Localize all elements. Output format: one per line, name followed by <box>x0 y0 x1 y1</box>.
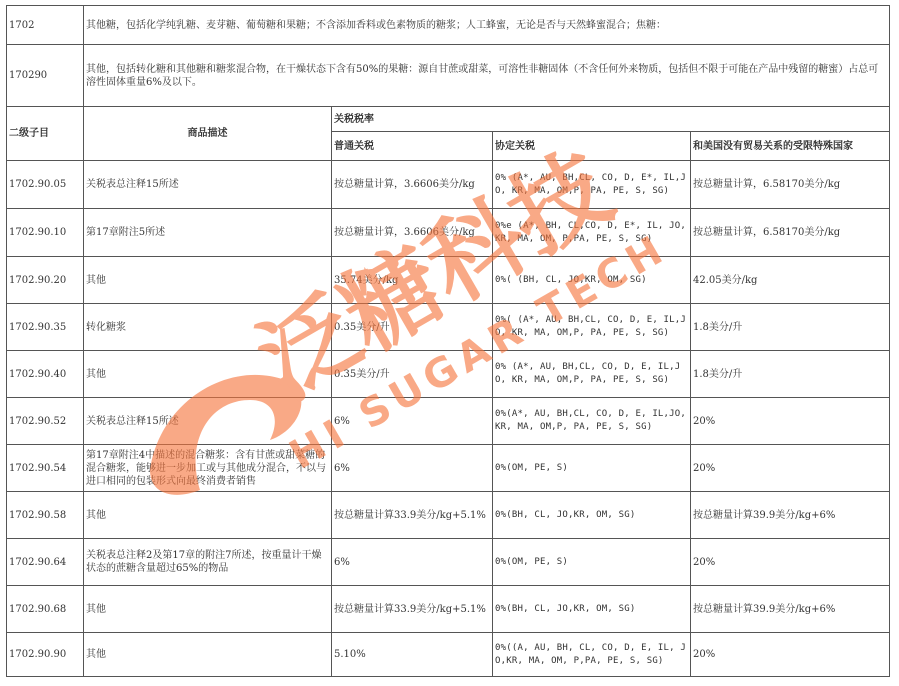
general-rate-cell: 6% <box>332 539 493 586</box>
restricted-rate-cell: 按总糖量计算39.9美分/kg+6% <box>691 492 890 539</box>
heading-row-170290: 170290 其他，包括转化糖和其他糖和糖浆混合物，在干燥状态下含有50%的果糖… <box>7 45 890 107</box>
table-row: 1702.90.10第17章附注5所述按总糖量计算，3.6606美分/kg0%e… <box>7 209 890 257</box>
description-cell: 转化糖浆 <box>84 304 332 351</box>
description-cell: 第17章附注4中描述的混合糖浆：含有甘蔗或甜菜糖的混合糖浆，能够进一步加工或与其… <box>84 445 332 492</box>
subheading-cell: 1702.90.05 <box>7 161 84 209</box>
tariff-rate-header: 关税税率 <box>332 107 890 132</box>
description-cell: 关税表总注释15所述 <box>84 398 332 445</box>
restricted-rate-cell: 按总糖量计算，6.58170美分/kg <box>691 161 890 209</box>
description-header: 商品描述 <box>84 107 332 161</box>
heading-code: 1702 <box>7 6 84 45</box>
description-cell: 关税表总注释2及第17章的附注7所述，按重量计干燥状态的蔗糖含量超过65%的物品 <box>84 539 332 586</box>
description-cell: 其他 <box>84 633 332 677</box>
subheading-cell: 1702.90.68 <box>7 586 84 633</box>
tariff-table: 1702 其他糖，包括化学纯乳糖、麦芽糖、葡萄糖和果糖；不含添加香料或色素物质的… <box>6 5 890 677</box>
general-rate-cell: 35.74美分/kg <box>332 257 493 304</box>
agreement-rate-cell: 0%(OM, PE, S) <box>493 539 691 586</box>
agreement-rate-cell: 0%( (BH, CL, JO,KR, OM, SG) <box>493 257 691 304</box>
restricted-rate-cell: 按总糖量计算39.9美分/kg+6% <box>691 586 890 633</box>
heading-description: 其他，包括转化糖和其他糖和糖浆混合物，在干燥状态下含有50%的果糖：源自甘蔗或甜… <box>84 45 890 107</box>
table-row: 1702.90.68其他按总糖量计算33.9美分/kg+5.1%0%(BH, C… <box>7 586 890 633</box>
table-row: 1702.90.35转化糖浆0.35美分/升0%( (A*, AU, BH,CL… <box>7 304 890 351</box>
description-cell: 其他 <box>84 586 332 633</box>
restricted-rate-cell: 20% <box>691 398 890 445</box>
general-rate-cell: 按总糖量计算，3.6606美分/kg <box>332 161 493 209</box>
subheading-cell: 1702.90.54 <box>7 445 84 492</box>
subheading-header: 二级子目 <box>7 107 84 161</box>
table-row: 1702.90.90其他5.10%0%((A, AU, BH, CL, CO, … <box>7 633 890 677</box>
restricted-rate-cell: 42.05美分/kg <box>691 257 890 304</box>
description-cell: 关税表总注释15所述 <box>84 161 332 209</box>
subheading-cell: 1702.90.52 <box>7 398 84 445</box>
agreement-rate-cell: 0%(BH, CL, JO,KR, OM, SG) <box>493 492 691 539</box>
column-header-row: 二级子目 商品描述 关税税率 <box>7 107 890 132</box>
subheading-cell: 1702.90.58 <box>7 492 84 539</box>
restricted-rate-cell: 1.8美分/升 <box>691 351 890 398</box>
description-cell: 其他 <box>84 351 332 398</box>
table-row: 1702.90.40其他0.35美分/升0% (A*, AU, BH,CL, C… <box>7 351 890 398</box>
table-row: 1702.90.54第17章附注4中描述的混合糖浆：含有甘蔗或甜菜糖的混合糖浆，… <box>7 445 890 492</box>
agreement-rate-cell: 0%(BH, CL, JO,KR, OM, SG) <box>493 586 691 633</box>
agreement-rate-cell: 0%( (A*, AU, BH,CL, CO, D, E, IL,JO, KR,… <box>493 304 691 351</box>
general-rate-cell: 6% <box>332 398 493 445</box>
agreement-rate-cell: 0%(A*, AU, BH,CL, CO, D, E, IL,JO, KR, M… <box>493 398 691 445</box>
general-rate-cell: 5.10% <box>332 633 493 677</box>
table-row: 1702.90.64关税表总注释2及第17章的附注7所述，按重量计干燥状态的蔗糖… <box>7 539 890 586</box>
table-row: 1702.90.52关税表总注释15所述6%0%(A*, AU, BH,CL, … <box>7 398 890 445</box>
heading-code: 170290 <box>7 45 84 107</box>
restricted-rate-cell: 20% <box>691 633 890 677</box>
table-row: 1702.90.05关税表总注释15所述按总糖量计算，3.6606美分/kg0%… <box>7 161 890 209</box>
general-rate-cell: 0.35美分/升 <box>332 304 493 351</box>
general-rate-header: 普通关税 <box>332 132 493 161</box>
agreement-rate-cell: 0% (A*, AU, BH,CL, CO, D, E, IL,JO, KR, … <box>493 351 691 398</box>
subheading-cell: 1702.90.90 <box>7 633 84 677</box>
restricted-rate-cell: 按总糖量计算，6.58170美分/kg <box>691 209 890 257</box>
table-row: 1702.90.58其他按总糖量计算33.9美分/kg+5.1%0%(BH, C… <box>7 492 890 539</box>
subheading-cell: 1702.90.35 <box>7 304 84 351</box>
description-cell: 其他 <box>84 257 332 304</box>
general-rate-cell: 按总糖量计算，3.6606美分/kg <box>332 209 493 257</box>
heading-description: 其他糖，包括化学纯乳糖、麦芽糖、葡萄糖和果糖；不含添加香料或色素物质的糖浆；人工… <box>84 6 890 45</box>
description-cell: 其他 <box>84 492 332 539</box>
agreement-rate-cell: 0% (A*, AU, BH,CL, CO, D, E*, IL,JO, KR,… <box>493 161 691 209</box>
agreement-rate-cell: 0%(OM, PE, S) <box>493 445 691 492</box>
general-rate-cell: 0.35美分/升 <box>332 351 493 398</box>
restricted-rate-cell: 20% <box>691 445 890 492</box>
general-rate-cell: 6% <box>332 445 493 492</box>
table-row: 1702.90.20其他35.74美分/kg0%( (BH, CL, JO,KR… <box>7 257 890 304</box>
restricted-rate-header: 和美国没有贸易关系的受限特殊国家 <box>691 132 890 161</box>
subheading-cell: 1702.90.20 <box>7 257 84 304</box>
restricted-rate-cell: 1.8美分/升 <box>691 304 890 351</box>
subheading-cell: 1702.90.40 <box>7 351 84 398</box>
restricted-rate-cell: 20% <box>691 539 890 586</box>
agreement-rate-cell: 0%e (A*, BH, CL,CO, D, E*, IL, JO,KR, MA… <box>493 209 691 257</box>
agreement-rate-cell: 0%((A, AU, BH, CL, CO, D, E, IL, JO,KR, … <box>493 633 691 677</box>
description-cell: 第17章附注5所述 <box>84 209 332 257</box>
heading-row-1702: 1702 其他糖，包括化学纯乳糖、麦芽糖、葡萄糖和果糖；不含添加香料或色素物质的… <box>7 6 890 45</box>
general-rate-cell: 按总糖量计算33.9美分/kg+5.1% <box>332 492 493 539</box>
agreement-rate-header: 协定关税 <box>493 132 691 161</box>
general-rate-cell: 按总糖量计算33.9美分/kg+5.1% <box>332 586 493 633</box>
subheading-cell: 1702.90.10 <box>7 209 84 257</box>
subheading-cell: 1702.90.64 <box>7 539 84 586</box>
